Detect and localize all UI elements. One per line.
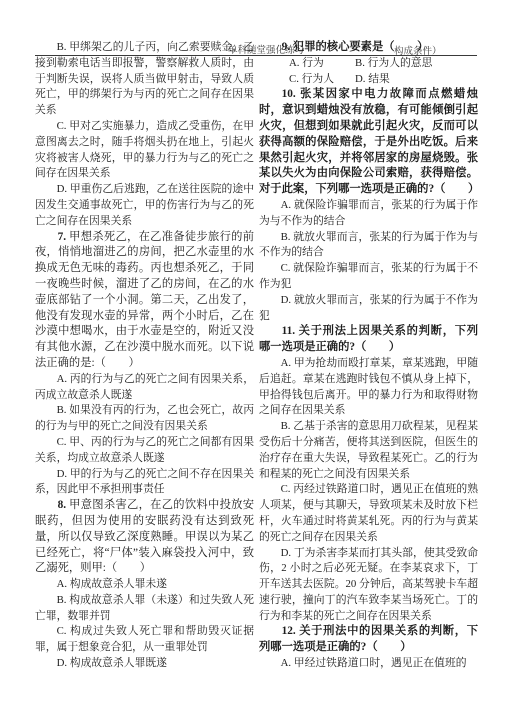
question-9-option-c: C. 行为人 bbox=[289, 72, 355, 88]
question-10-option-b: B. 就放火罪而言，张某的行为属于作为与不作为的结合 bbox=[259, 230, 478, 262]
prev-question-option-d: D. 甲重伤乙后逃跑，乙在送往医院的途中因发生交通事故死亡，甲的伤害行为与乙的死… bbox=[35, 182, 254, 229]
question-12-stem: 12. 关于刑法中的因果关系的判断，下列哪一选项是正确的?（ ） bbox=[259, 624, 478, 656]
prev-question-option-c: C. 甲对乙实施暴力，造成乙受重伤，在甲意图离去之时，随手将烟头扔在地上，引起火… bbox=[35, 119, 254, 182]
question-8-option-d: D. 构成故意杀人罪既遂 bbox=[35, 656, 254, 672]
question-9-options-row-1: A. 行为B. 行为人的意思 bbox=[259, 56, 478, 72]
question-8-option-b: B. 构成故意杀人罪（未遂）和过失致人死亡罪，数罪并罚 bbox=[35, 593, 254, 625]
prev-question-option-b: B. 甲绑架乙的儿子丙，向乙索要赎金，乙接到勒索电话当即报警，警察解救人质时，由… bbox=[35, 40, 254, 119]
question-11-number: 11. bbox=[282, 325, 296, 337]
question-11-option-c: C. 丙经过铁路道口时，遇见正在值班的熟人项某，便与其聊天，导致项某未及时放下栏… bbox=[259, 482, 478, 545]
question-7-option-d: D. 甲的行为与乙的死亡之间不存在因果关系，因此甲不承担刑事责任 bbox=[35, 467, 254, 499]
question-10-number: 10. bbox=[282, 88, 296, 100]
document-page: 单科随堂强化练习 构成条件） B. 甲绑架乙的儿子丙，向乙索要赎金，乙接到勒索电… bbox=[0, 0, 510, 709]
question-9-text: 犯罪的核心要素是（ ） bbox=[290, 41, 428, 53]
question-7-number: 7. bbox=[58, 231, 66, 243]
question-7-stem: 7. 甲想杀死乙，在乙准备徒步旅行的前夜，悄悄地溜进乙的房间，把乙水壶里的水换成… bbox=[35, 230, 254, 372]
question-11-stem: 11. 关于刑法上因果关系的判断，下列哪一选项是正确的?（ ） bbox=[259, 324, 478, 356]
question-9-option-d: D. 结果 bbox=[355, 72, 390, 88]
question-10-option-d: D. 就放火罪而言，张某的行为属于不作为犯 bbox=[259, 293, 478, 325]
question-8-number: 8. bbox=[58, 499, 66, 511]
question-9-option-b: B. 行为人的意思 bbox=[355, 56, 432, 72]
question-12-option-a: A. 甲经过铁路道口时，遇见正在值班的 bbox=[259, 656, 478, 672]
question-11-option-a: A. 甲为抢劫而殴打章某，章某逃跑，甲随后追赶。章某在逃跑时钱包不慎从身上掉下，… bbox=[259, 356, 478, 419]
question-11-option-b: B. 乙基于杀害的意思用刀砍程某，见程某受伤后十分痛苦，便将其送到医院，但医生的… bbox=[259, 419, 478, 482]
question-10-stem: 10. 张某因家中电力故障而点燃蜡烛时，意识到蜡烛没有放稳，有可能倾倒引起火灾，… bbox=[259, 87, 478, 198]
question-9-option-a: A. 行为 bbox=[289, 56, 355, 72]
question-7-option-b: B. 如果没有丙的行为，乙也会死亡，故丙的行为与甲的死亡之间没有因果关系 bbox=[35, 403, 254, 435]
question-9-options-row-2: C. 行为人D. 结果 bbox=[259, 72, 478, 88]
question-8-option-a: A. 构成故意杀人罪未遂 bbox=[35, 577, 254, 593]
question-12-number: 12. bbox=[282, 625, 296, 637]
question-8-text: 甲意图杀害乙，在乙的饮料中投放安眠药，但因为使用的安眠药没有达到致死量，所以仅导… bbox=[35, 499, 254, 574]
question-8-option-c: C. 构成过失致人死亡罪和帮助毁灭证据罪，属于想象竞合犯，从一重罪处罚 bbox=[35, 624, 254, 656]
question-9-stem: 9. 犯罪的核心要素是（ ） bbox=[259, 40, 478, 56]
question-10-option-c: C. 就保险诈骗罪而言，张某的行为属于不作为犯 bbox=[259, 261, 478, 293]
question-8-stem: 8. 甲意图杀害乙，在乙的饮料中投放安眠药，但因为使用的安眠药没有达到致死量，所… bbox=[35, 498, 254, 577]
question-11-option-d: D. 丁为杀害李某而打其头部，使其受致命伤，2 小时之后必死无疑。在李某哀求下，… bbox=[259, 546, 478, 625]
question-9-number: 9. bbox=[282, 41, 290, 53]
question-7-text: 甲想杀死乙，在乙准备徒步旅行的前夜，悄悄地溜进乙的房间，把乙水壶里的水换成无色无… bbox=[35, 231, 254, 369]
question-10-option-a: A. 就保险诈骗罪而言，张某的行为属于作为与不作为的结合 bbox=[259, 198, 478, 230]
question-10-text: 张某因家中电力故障而点燃蜡烛时，意识到蜡烛没有放稳，有可能倾倒引起火灾，但想到如… bbox=[259, 88, 479, 195]
right-column: 9. 犯罪的核心要素是（ ） A. 行为B. 行为人的意思 C. 行为人D. 结… bbox=[259, 40, 478, 672]
left-column: B. 甲绑架乙的儿子丙，向乙索要赎金，乙接到勒索电话当即报警，警察解救人质时，由… bbox=[35, 40, 254, 672]
question-7-option-a: A. 丙的行为与乙的死亡之间有因果关系，丙成立故意杀人既遂 bbox=[35, 372, 254, 404]
question-7-option-c: C. 甲、丙的行为与乙的死亡之间都有因果关系，均成立故意杀人既遂 bbox=[35, 435, 254, 467]
